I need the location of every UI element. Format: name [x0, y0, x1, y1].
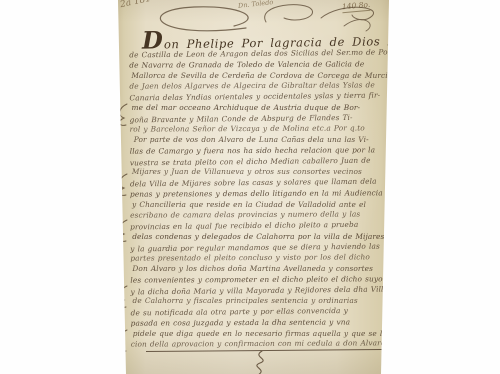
rubric-flourish-icon — [248, 351, 278, 374]
scanned-document-view: 2a 181 Dn. Toledo 140 8o. Don Phelipe Po… — [0, 0, 500, 374]
manuscript-line: delas condenas y delegados de Calahorra … — [130, 232, 380, 243]
manuscript-line: partes presentado el pleito concluso y v… — [130, 253, 380, 265]
manuscript-line: me del mar occeano Archiduque de Austria… — [130, 103, 380, 114]
margin-flourish-icon — [114, 284, 130, 310]
manuscript-line: y Chancilleria que reside en la Ciudad d… — [130, 199, 380, 210]
manuscript-line: pidele que diga quede en lo necesario fi… — [131, 328, 381, 339]
margin-flourish-icon — [114, 102, 130, 128]
margin-flourish-icon — [114, 172, 130, 198]
manuscript-line: Mallorca de Sevilla de Cerdeña de Cordov… — [129, 71, 379, 82]
margin-flourish-icon — [114, 218, 130, 244]
manuscript-line: de Navarra de Granada de Toledo de Valen… — [129, 59, 379, 71]
manuscript-line: Don Alvaro y los dichos doña Martina Ave… — [130, 264, 380, 275]
manuscript-line: rol y Barcelona Señor de Vizcaya y de Mo… — [130, 124, 380, 136]
margin-flourish-icon — [114, 328, 130, 354]
manuscript-line: Por parte de vos don Alvaro de Luna Caña… — [130, 135, 380, 146]
manuscript-line: penas y pretensiones y demas dello litig… — [130, 188, 380, 200]
manuscript-body: de Castilla de Leon de Aragon delas dos … — [129, 48, 381, 350]
manuscript-line: pasada en cosa juzgada y estada la dha s… — [131, 317, 381, 329]
manuscript-page: 2a 181 Dn. Toledo 140 8o. Don Phelipe Po… — [112, 0, 392, 374]
